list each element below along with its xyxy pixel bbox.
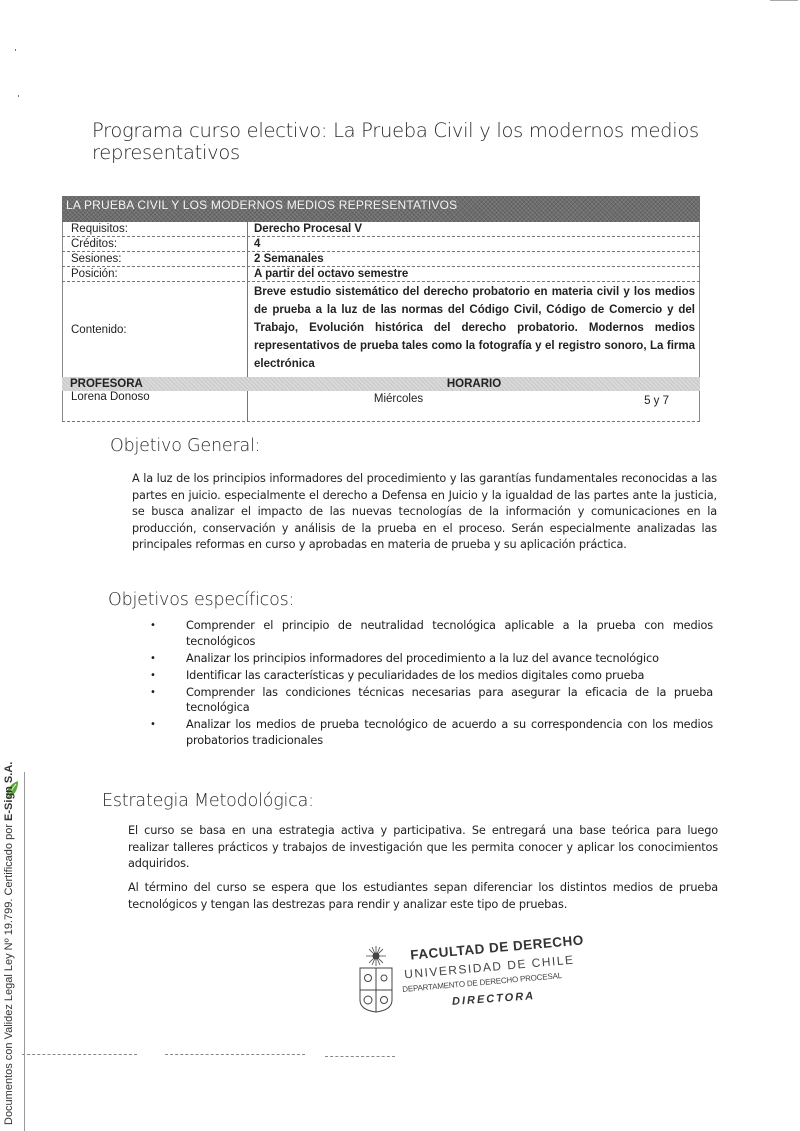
row-value: A partir del octavo semestre xyxy=(248,267,700,281)
list-item-text: Analizar los medios de prueba tecnológic… xyxy=(186,718,713,747)
table-row-posicion: Posición: A partir del octavo semestre xyxy=(62,267,700,282)
bullet-icon: • xyxy=(150,668,156,684)
table-row-requisitos: Requisitos: Derecho Procesal V xyxy=(62,222,700,237)
page-title: Programa curso electivo: La Prueba Civil… xyxy=(92,120,712,164)
certification-text-prefix: Documentos con Validez Legal Ley Nº 19.7… xyxy=(3,821,15,1125)
faculty-stamp: FACULTAD DE DERECHO UNIVERSIDAD DE CHILE… xyxy=(356,938,586,1018)
objetivo-general-heading: Objetivo General: xyxy=(110,436,260,456)
list-item-text: Comprender las condiciones técnicas nece… xyxy=(186,686,713,715)
bullet-icon: • xyxy=(150,717,156,733)
bullet-icon: • xyxy=(150,685,156,701)
list-item: •Identificar las características y pecul… xyxy=(150,668,713,684)
bullet-icon: • xyxy=(150,651,156,667)
estrategia-heading: Estrategia Metodológica: xyxy=(102,791,314,811)
scan-line xyxy=(22,1054,137,1055)
estrategia-paragraph-2: Al término del curso se espera que los e… xyxy=(128,880,718,913)
row-label: Sesiones: xyxy=(62,252,248,266)
table-row-contenido: Contenido: Breve estudio sistemático del… xyxy=(62,282,700,377)
row-value: Breve estudio sistemático del derecho pr… xyxy=(248,282,700,377)
bullet-icon: • xyxy=(150,618,156,634)
row-label: Requisitos: xyxy=(62,222,248,236)
row-value: Derecho Procesal V xyxy=(248,222,700,236)
scan-speck xyxy=(18,95,19,97)
professor-name: Lorena Donoso xyxy=(62,391,248,421)
schedule-header: HORARIO xyxy=(248,377,700,391)
course-info-table: LA PRUEBA CIVIL Y LOS MODERNOS MEDIOS RE… xyxy=(62,196,700,422)
course-table-header: LA PRUEBA CIVIL Y LOS MODERNOS MEDIOS RE… xyxy=(62,196,700,222)
certification-text: Documentos con Validez Legal Ley Nº 19.7… xyxy=(3,762,15,1125)
certification-strip: Documentos con Validez Legal Ley Nº 19.7… xyxy=(0,780,22,1131)
row-value: 4 xyxy=(248,237,700,251)
table-row-sesiones: Sesiones: 2 Semanales xyxy=(62,252,700,267)
list-item-text: Analizar los principios informadores del… xyxy=(186,652,659,665)
estrategia-paragraph-1: El curso se basa en una estrategia activ… xyxy=(128,823,718,873)
list-item: •Analizar los principios informadores de… xyxy=(150,651,713,667)
certification-divider xyxy=(24,772,25,1131)
scan-speck xyxy=(770,0,798,1)
schedule-row: Lorena Donoso Miércoles 5 y 7 xyxy=(62,391,700,422)
row-label: Contenido: xyxy=(62,282,248,377)
certification-issuer: E-Sign S.A. xyxy=(3,762,15,821)
objetivos-especificos-heading: Objetivos específicos: xyxy=(108,590,294,610)
scan-line xyxy=(325,1056,395,1057)
scan-line xyxy=(165,1054,305,1055)
row-label: Posición: xyxy=(62,267,248,281)
list-item-text: Comprender el principio de neutralidad t… xyxy=(186,619,713,648)
objetivo-general-text: A la luz de los principios informadores … xyxy=(132,471,717,554)
row-label: Créditos: xyxy=(62,237,248,251)
list-item: •Comprender las condiciones técnicas nec… xyxy=(150,685,713,716)
schedule-time: 5 y 7 xyxy=(549,391,700,421)
table-row-creditos: Créditos: 4 xyxy=(62,237,700,252)
objetivos-especificos-list: •Comprender el principio de neutralidad … xyxy=(150,618,713,750)
stamp-line-role: DIRECTORA xyxy=(452,990,536,1008)
university-shield-icon xyxy=(356,944,396,1014)
scan-speck xyxy=(15,49,16,51)
row-value: 2 Semanales xyxy=(248,252,700,266)
list-item: •Comprender el principio de neutralidad … xyxy=(150,618,713,649)
schedule-subheader: PROFESORA HORARIO xyxy=(62,377,700,391)
list-item: •Analizar los medios de prueba tecnológi… xyxy=(150,717,713,748)
schedule-day: Miércoles xyxy=(248,391,549,421)
professor-header: PROFESORA xyxy=(62,377,248,391)
list-item-text: Identificar las características y peculi… xyxy=(186,669,644,682)
